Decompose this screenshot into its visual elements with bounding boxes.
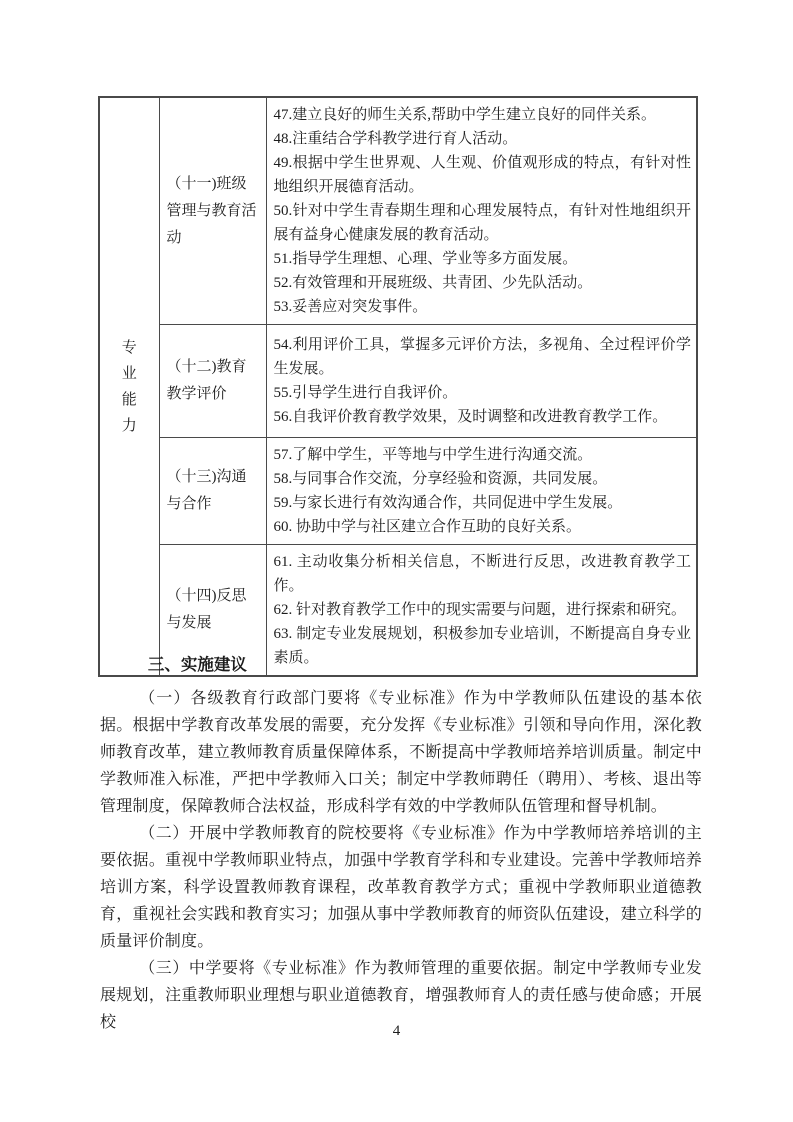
items-cell: 54.利用评价工具，掌握多元评价方法，多视角、全过程评价学生发展。55.引导学生…	[266, 325, 697, 438]
standard-item: 47.建立良好的师生关系,帮助中学生建立良好的同伴关系。	[274, 103, 692, 127]
standard-item: 62. 针对教育教学工作中的现实需要与问题，进行探索和研究。	[274, 598, 692, 622]
category-cell: （十一)班级管理与教育活动	[159, 97, 266, 325]
section-implementation: 三、实施建议 （一）各级教育行政部门要将《专业标准》作为中学教师队伍建设的基本依…	[100, 651, 702, 1036]
paragraph-teacher-education-institutions: （二）开展中学教师教育的院校要将《专业标准》作为中学教师培养培训的主要依据。重视…	[100, 820, 702, 955]
items-cell: 57.了解中学生，平等地与中学生进行沟通交流。58.与同事合作交流，分享经验和资…	[266, 438, 697, 545]
standard-item: 58.与同事合作交流，分享经验和资源，共同发展。	[274, 467, 692, 491]
dimension-header-cell: 专业能力	[99, 97, 159, 676]
standard-item: 54.利用评价工具，掌握多元评价方法，多视角、全过程评价学生发展。	[274, 333, 692, 381]
dimension-header-char: 业	[100, 361, 159, 387]
page-number: 4	[0, 1023, 793, 1040]
section-heading: 三、实施建议	[100, 651, 702, 678]
document-page: 专业能力（十一)班级管理与教育活动47.建立良好的师生关系,帮助中学生建立良好的…	[0, 0, 793, 1122]
standard-item: 60. 协助中学与社区建立合作互助的良好关系。	[274, 515, 692, 539]
standard-item: 55.引导学生进行自我评价。	[274, 381, 692, 405]
competency-row: 专业能力（十一)班级管理与教育活动47.建立良好的师生关系,帮助中学生建立良好的…	[99, 97, 697, 325]
standard-item: 48.注重结合学科教学进行育人活动。	[274, 127, 692, 151]
items-cell: 47.建立良好的师生关系,帮助中学生建立良好的同伴关系。48.注重结合学科教学进…	[266, 97, 697, 325]
competency-row: （十二)教育教学评价54.利用评价工具，掌握多元评价方法，多视角、全过程评价学生…	[99, 325, 697, 438]
standard-item: 61. 主动收集分析相关信息，不断进行反思，改进教育教学工作。	[274, 550, 692, 598]
dimension-header-char: 力	[100, 413, 159, 439]
dimension-header-char: 能	[100, 387, 159, 413]
category-cell: （十二)教育教学评价	[159, 325, 266, 438]
standards-table: 专业能力（十一)班级管理与教育活动47.建立良好的师生关系,帮助中学生建立良好的…	[98, 96, 698, 677]
standards-table-body: 专业能力（十一)班级管理与教育活动47.建立良好的师生关系,帮助中学生建立良好的…	[99, 97, 697, 676]
category-cell: （十三)沟通与合作	[159, 438, 266, 545]
standard-item: 57.了解中学生，平等地与中学生进行沟通交流。	[274, 443, 692, 467]
standard-item: 49.根据中学生世界观、人生观、价值观形成的特点，有针对性地组织开展德育活动。	[274, 151, 692, 199]
dimension-header-char: 专	[100, 335, 159, 361]
paragraph-admin-departments: （一）各级教育行政部门要将《专业标准》作为中学教师队伍建设的基本依据。根据中学教…	[100, 685, 702, 820]
standard-item: 56.自我评价教育教学效果，及时调整和改进教育教学工作。	[274, 405, 692, 429]
standard-item: 59.与家长进行有效沟通合作，共同促进中学生发展。	[274, 491, 692, 515]
standard-item: 52.有效管理和开展班级、共青团、少先队活动。	[274, 271, 692, 295]
standard-item: 53.妥善应对突发事件。	[274, 295, 692, 319]
competency-row: （十三)沟通与合作57.了解中学生，平等地与中学生进行沟通交流。58.与同事合作…	[99, 438, 697, 545]
standard-item: 51.指导学生理想、心理、学业等多方面发展。	[274, 247, 692, 271]
standard-item: 50.针对中学生青春期生理和心理发展特点，有针对性地组织开展有益身心健康发展的教…	[274, 199, 692, 247]
